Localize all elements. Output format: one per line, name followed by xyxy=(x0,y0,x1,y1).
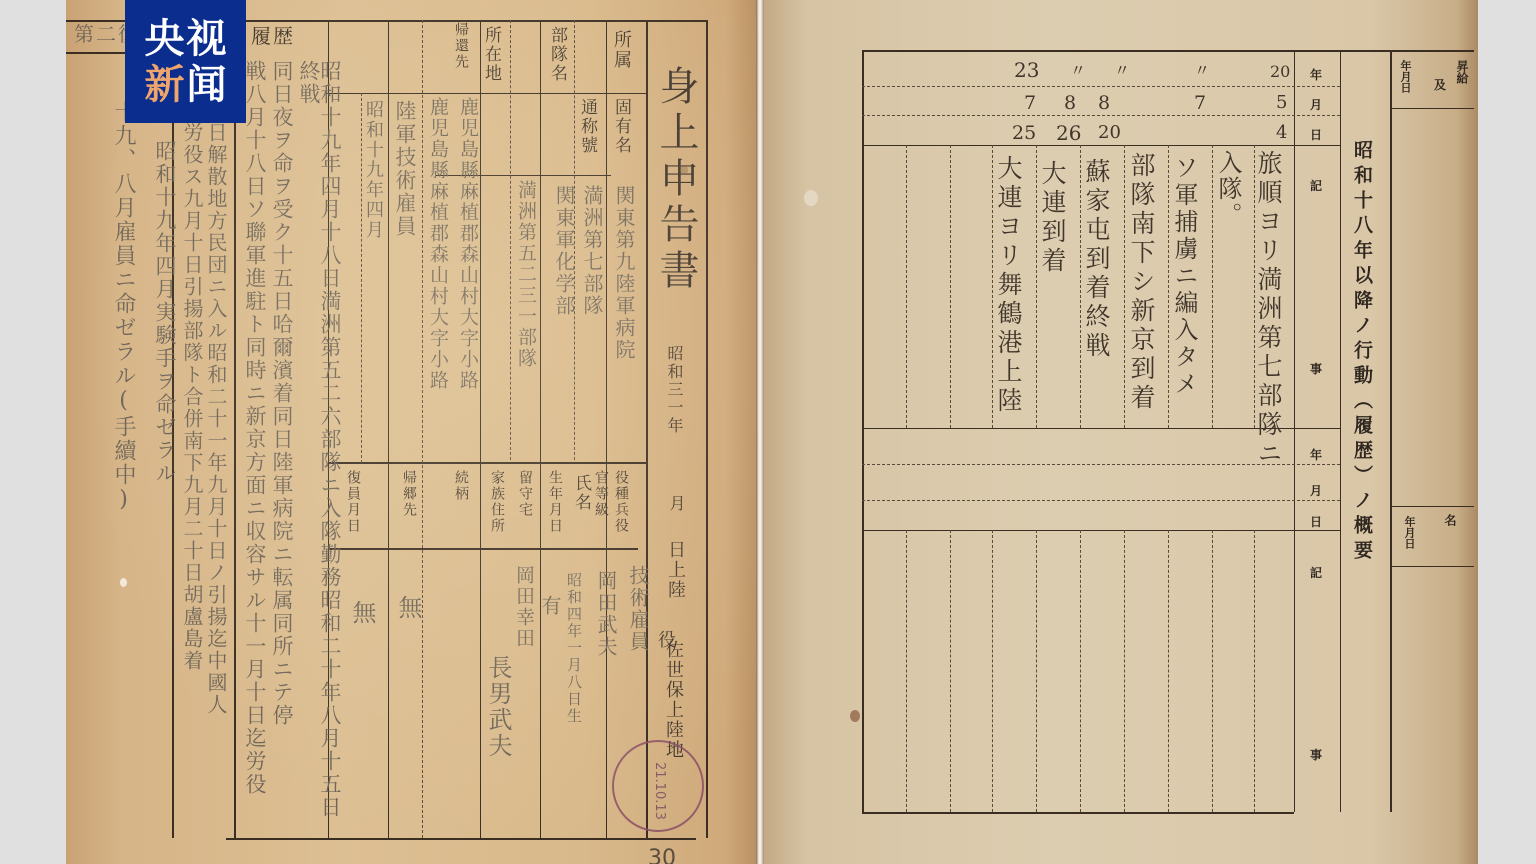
side-box-rule-3 xyxy=(1392,566,1474,567)
family-flag-value: 有 xyxy=(540,595,560,617)
label-day-2: 日 xyxy=(1310,513,1322,530)
title-left-line xyxy=(646,20,648,838)
appointment-value: 昭和十九年四月 xyxy=(364,100,382,240)
col-line xyxy=(510,20,511,460)
month-value: 8 xyxy=(1064,92,1076,114)
header-family: 家族住所 xyxy=(490,470,504,534)
entry-text: 部隊南下シ新京到着 xyxy=(1129,152,1154,413)
header-service: 役種兵役 xyxy=(614,470,628,534)
label-record-2: 記 xyxy=(1310,564,1322,581)
entry-col xyxy=(1168,145,1169,428)
person-name-value: 岡田武夫 xyxy=(596,570,616,658)
logo-char: 央 xyxy=(145,16,185,62)
label-month: 月 xyxy=(1310,96,1322,113)
header-rule xyxy=(326,93,646,94)
year-value: 〃 xyxy=(1114,58,1130,81)
month-value: 5 xyxy=(1276,92,1287,113)
career-header: 履歴 xyxy=(251,26,295,46)
header-home: 留守宅 xyxy=(518,470,532,518)
none-value-1: 無 xyxy=(396,595,420,621)
header-name: 氏名 xyxy=(572,474,589,512)
label-year: 年 xyxy=(1310,66,1322,83)
lower-entry-col xyxy=(992,530,993,812)
unit-number-value: 満洲第五二三一部隊 xyxy=(516,180,535,369)
side-label-date-2: 年月日 xyxy=(1404,516,1415,549)
year-value: 23 xyxy=(1014,58,1039,82)
logo-char-accent: 新 xyxy=(145,62,185,108)
year-row-rule xyxy=(862,86,1340,87)
guardian-value: 岡田幸田 xyxy=(514,565,533,649)
col-line xyxy=(388,20,389,838)
side-label-name: 名 xyxy=(1444,514,1456,532)
header-return: 帰郷先 xyxy=(402,470,416,518)
margin-entry: 昭和十九年四月実験手ヲ命ゼラル xyxy=(154,140,175,485)
date-day-landing: 日上陸 xyxy=(666,540,684,600)
entry-col xyxy=(1036,145,1037,428)
entry-col xyxy=(906,145,907,428)
page-number: 30 xyxy=(648,846,676,864)
left-page: 第二復員局 履歴 身上申告書 昭和三一年 月 日上陸 佐世保上陸地 所属 固有名… xyxy=(66,0,760,864)
col-line xyxy=(422,20,423,838)
entry-text: 入隊。 xyxy=(1216,150,1240,228)
side-box-rule-2 xyxy=(1392,506,1474,507)
header-rank: 官等級 xyxy=(594,470,608,518)
stamp-date: 21.10.13 xyxy=(652,762,667,820)
label-matter-2: 事 xyxy=(1310,746,1322,763)
header-fixed-name: 固有名 xyxy=(612,98,629,155)
relation-value: 長男武夫 xyxy=(486,655,510,759)
day-value: 25 xyxy=(1012,122,1036,144)
side-box-rule xyxy=(1392,108,1474,109)
year-value: 20 xyxy=(1270,62,1290,81)
label-year-2: 年 xyxy=(1310,446,1322,463)
header-demob-date: 復員月日 xyxy=(346,470,360,534)
date-era: 昭和三一年 xyxy=(666,345,682,435)
date-col-right xyxy=(1340,50,1341,812)
month-row-rule xyxy=(862,115,1340,116)
lower-entry-col xyxy=(1124,530,1125,812)
career-left-line xyxy=(234,20,236,838)
col-line xyxy=(480,20,481,838)
official-stamp: 21.10.13 xyxy=(612,740,704,832)
logo-line-1: 央 视 xyxy=(145,16,227,62)
side-label-date: 年月日 xyxy=(1400,60,1411,93)
col-line xyxy=(540,20,541,838)
lower-entry-col xyxy=(1168,530,1169,812)
year-value: 〃 xyxy=(1070,58,1086,81)
fixed-name-value: 関東第九陸軍病院 xyxy=(614,185,634,361)
month-value: 8 xyxy=(1098,92,1110,114)
paper-wear xyxy=(804,190,818,206)
date-month: 月 xyxy=(668,495,684,513)
col-line xyxy=(361,93,362,463)
right-page: 年 月 日 記 事 年 月 日 記 事 昭和十八年以降ノ行動（履歴）ノ概要 年月… xyxy=(764,0,1478,864)
header-call-sign: 通称號 xyxy=(578,98,595,155)
day-value: 4 xyxy=(1276,122,1287,143)
lower-entry-col xyxy=(1036,530,1037,812)
side-label-and: 及 xyxy=(1434,76,1446,93)
lower-entry-col xyxy=(1254,530,1255,812)
entry-col xyxy=(1124,145,1125,428)
birth-value: 昭和四年一月八日生 xyxy=(566,572,581,725)
header-destination: 帰還先 xyxy=(454,22,468,70)
lower-month-row xyxy=(862,500,1340,501)
domicile-value: 鹿児島縣麻植郡森山村大字小路 xyxy=(458,97,477,391)
unit-name-value: 関東軍化学部 xyxy=(554,185,574,317)
header-relation: 続柄 xyxy=(454,470,468,502)
day-row-rule xyxy=(862,145,1340,146)
month-value: 7 xyxy=(1024,92,1036,114)
entry-text: 旅順ヨリ満洲第七部隊ニ xyxy=(1256,150,1281,469)
career-entry: 戦八月十八日ソ聯軍進駐ト同時ニ新京方面ニ収容サル十一月十日迄労役 xyxy=(244,60,265,840)
lower-table-header-rule xyxy=(328,548,638,550)
table-left xyxy=(862,50,864,812)
header-place: 所在地 xyxy=(482,26,499,83)
lower-entry-col xyxy=(1212,530,1213,812)
label-month-2: 月 xyxy=(1310,482,1322,499)
entry-text: 大連ヨリ舞鶴港上陸 xyxy=(996,155,1021,416)
paper-stain xyxy=(850,710,860,722)
call-sign-value: 満洲第七部隊 xyxy=(582,185,602,317)
title-col-right xyxy=(1390,50,1392,812)
day-value: 26 xyxy=(1056,121,1081,145)
title-right-line xyxy=(706,20,708,838)
table-bottom xyxy=(862,812,1294,814)
entry-text: 蘇家屯到着終戦 xyxy=(1084,158,1109,361)
margin-entry: 十九、八月雇員ニ命ゼラル(手續中) xyxy=(112,100,134,514)
entry-text: ソ軍捕虜ニ編入タメ xyxy=(1172,155,1196,398)
paper-stain xyxy=(680,165,688,175)
career-entry: 同日夜ヲ命ヲ受ク十五日哈爾濱着同日陸軍病院ニ転属同所ニテ停 xyxy=(271,60,292,840)
career-entry: ニ労役ス九月十日引揚部隊ト合併南下九月二十日胡盧島着 xyxy=(182,100,202,840)
bottom-rule xyxy=(226,838,696,840)
logo-char: 视 xyxy=(187,16,227,62)
col-line xyxy=(606,20,607,838)
header-belong: 所属 xyxy=(612,30,630,70)
career-entry: 同日解散地方民団ニ入ル昭和二十一年九月十日ノ引揚迄中國人 xyxy=(206,100,226,840)
book-gutter xyxy=(756,0,764,864)
entry-col xyxy=(1080,145,1081,428)
lower-day-row xyxy=(862,530,1340,531)
rank-value: 陸軍技術雇員 xyxy=(394,100,415,238)
domicile-value-2: 鹿児島縣麻植郡森山村大字小路 xyxy=(428,97,447,391)
position-value: 技術雇員 xyxy=(628,565,648,653)
lower-entry-col xyxy=(906,530,907,812)
section-title: 昭和十八年以降ノ行動（履歴）ノ概要 xyxy=(1352,140,1371,565)
entry-text: 大連到着 xyxy=(1040,160,1065,276)
header-unit-code: 部隊名 xyxy=(548,26,565,83)
career-entry: 昭和十九年四月十八日満洲第五二六部隊ニ入隊勤務昭和二十年八月十五日終戦 xyxy=(298,60,340,840)
logo-char: 闻 xyxy=(187,62,227,108)
none-value-2: 無 xyxy=(350,600,374,626)
label-record: 記 xyxy=(1310,177,1322,194)
side-label-raise: 昇給 xyxy=(1456,60,1468,84)
document-title: 身上申告書 xyxy=(656,65,696,295)
lower-entry-col xyxy=(1080,530,1081,812)
lower-entry-col xyxy=(950,530,951,812)
label-day: 日 xyxy=(1310,126,1322,143)
day-value: 20 xyxy=(1098,122,1121,143)
header-birth: 生年月日 xyxy=(548,470,562,534)
paper-hole xyxy=(120,578,127,587)
entry-col xyxy=(950,145,951,428)
date-col-left xyxy=(1294,50,1295,812)
label-matter: 事 xyxy=(1310,360,1322,377)
entry-col xyxy=(992,145,993,428)
table-top xyxy=(862,50,1474,52)
cctv-news-logo: 央 视 新 闻 xyxy=(125,0,246,123)
logo-line-2: 新 闻 xyxy=(145,62,227,108)
entry-col xyxy=(1212,145,1213,428)
month-value: 7 xyxy=(1194,92,1206,114)
lower-table-top xyxy=(328,462,648,464)
year-value: 〃 xyxy=(1194,58,1210,81)
role-value: 役 xyxy=(656,630,674,650)
